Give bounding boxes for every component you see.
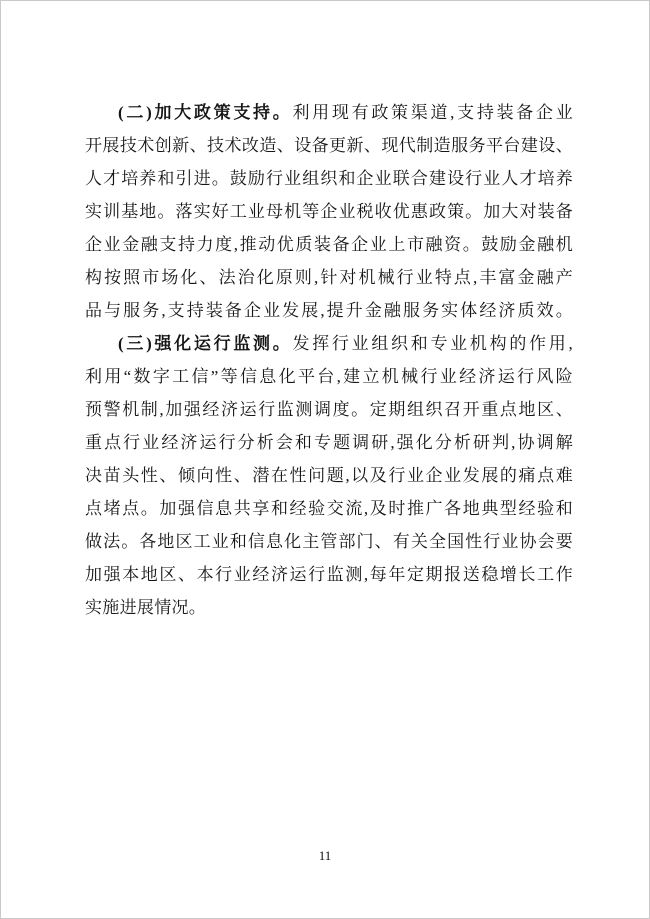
text-run: 发挥行业组织和专业机构的作用, <box>292 334 573 353</box>
text-line: 决苗头性、倾向性、潜在性问题,以及行业企业发展的痛点难 <box>85 459 573 492</box>
document-page: (二)加大政策支持。利用现有政策渠道,支持装备企业开展技术创新、技术改造、设备更… <box>0 0 650 919</box>
text-run: 加强本地区、本行业经济运行监测,每年定期报送稳增长工作 <box>85 565 573 584</box>
document-body: (二)加大政策支持。利用现有政策渠道,支持装备企业开展技术创新、技术改造、设备更… <box>85 96 573 624</box>
text-line: 做法。各地区工业和信息化主管部门、有关全国性行业协会要 <box>85 525 573 558</box>
section-heading-run: (二)加大政策支持。 <box>118 103 292 122</box>
section-heading-run: (三)强化运行监测。 <box>118 334 292 353</box>
text-run: 实训基地。落实好工业母机等企业税收优惠政策。加大对装备 <box>85 202 573 221</box>
text-line: 构按照市场化、法治化原则,针对机械行业特点,丰富金融产 <box>85 261 573 294</box>
text-run: 利用“数字工信”等信息化平台,建立机械行业经济运行风险 <box>85 367 573 386</box>
text-run: 构按照市场化、法治化原则,针对机械行业特点,丰富金融产 <box>85 268 573 287</box>
text-line: 企业金融支持力度,推动优质装备企业上市融资。鼓励金融机 <box>85 228 573 261</box>
text-line: 实施进展情况。 <box>85 591 573 624</box>
page-footer: 11 <box>1 847 649 865</box>
text-line: 加强本地区、本行业经济运行监测,每年定期报送稳增长工作 <box>85 558 573 591</box>
text-run: 实施进展情况。 <box>85 598 206 617</box>
text-run: 利用现有政策渠道,支持装备企业 <box>292 103 573 122</box>
text-line: 重点行业经济运行分析会和专题调研,强化分析研判,协调解 <box>85 426 573 459</box>
text-run: 重点行业经济运行分析会和专题调研,强化分析研判,协调解 <box>85 433 573 452</box>
text-line: 实训基地。落实好工业母机等企业税收优惠政策。加大对装备 <box>85 195 573 228</box>
text-line: 开展技术创新、技术改造、设备更新、现代制造服务平台建设、 <box>85 129 573 162</box>
text-line: (三)强化运行监测。发挥行业组织和专业机构的作用, <box>85 327 573 360</box>
text-run: 人才培养和引进。鼓励行业组织和企业联合建设行业人才培养 <box>85 169 573 188</box>
text-run: 开展技术创新、技术改造、设备更新、现代制造服务平台建设、 <box>85 136 573 155</box>
text-run: 企业金融支持力度,推动优质装备企业上市融资。鼓励金融机 <box>85 235 573 254</box>
text-run: 品与服务,支持装备企业发展,提升金融服务实体经济质效。 <box>85 301 573 320</box>
text-line: 品与服务,支持装备企业发展,提升金融服务实体经济质效。 <box>85 294 573 327</box>
text-run: 点堵点。加强信息共享和经验交流,及时推广各地典型经验和 <box>85 499 573 518</box>
text-line: 人才培养和引进。鼓励行业组织和企业联合建设行业人才培养 <box>85 162 573 195</box>
text-line: 预警机制,加强经济运行监测调度。定期组织召开重点地区、 <box>85 393 573 426</box>
text-line: (二)加大政策支持。利用现有政策渠道,支持装备企业 <box>85 96 573 129</box>
text-run: 决苗头性、倾向性、潜在性问题,以及行业企业发展的痛点难 <box>85 466 573 485</box>
text-line: 利用“数字工信”等信息化平台,建立机械行业经济运行风险 <box>85 360 573 393</box>
text-run: 预警机制,加强经济运行监测调度。定期组织召开重点地区、 <box>85 400 573 419</box>
text-run: 做法。各地区工业和信息化主管部门、有关全国性行业协会要 <box>85 532 573 551</box>
text-line: 点堵点。加强信息共享和经验交流,及时推广各地典型经验和 <box>85 492 573 525</box>
page-number: 11 <box>319 848 332 863</box>
